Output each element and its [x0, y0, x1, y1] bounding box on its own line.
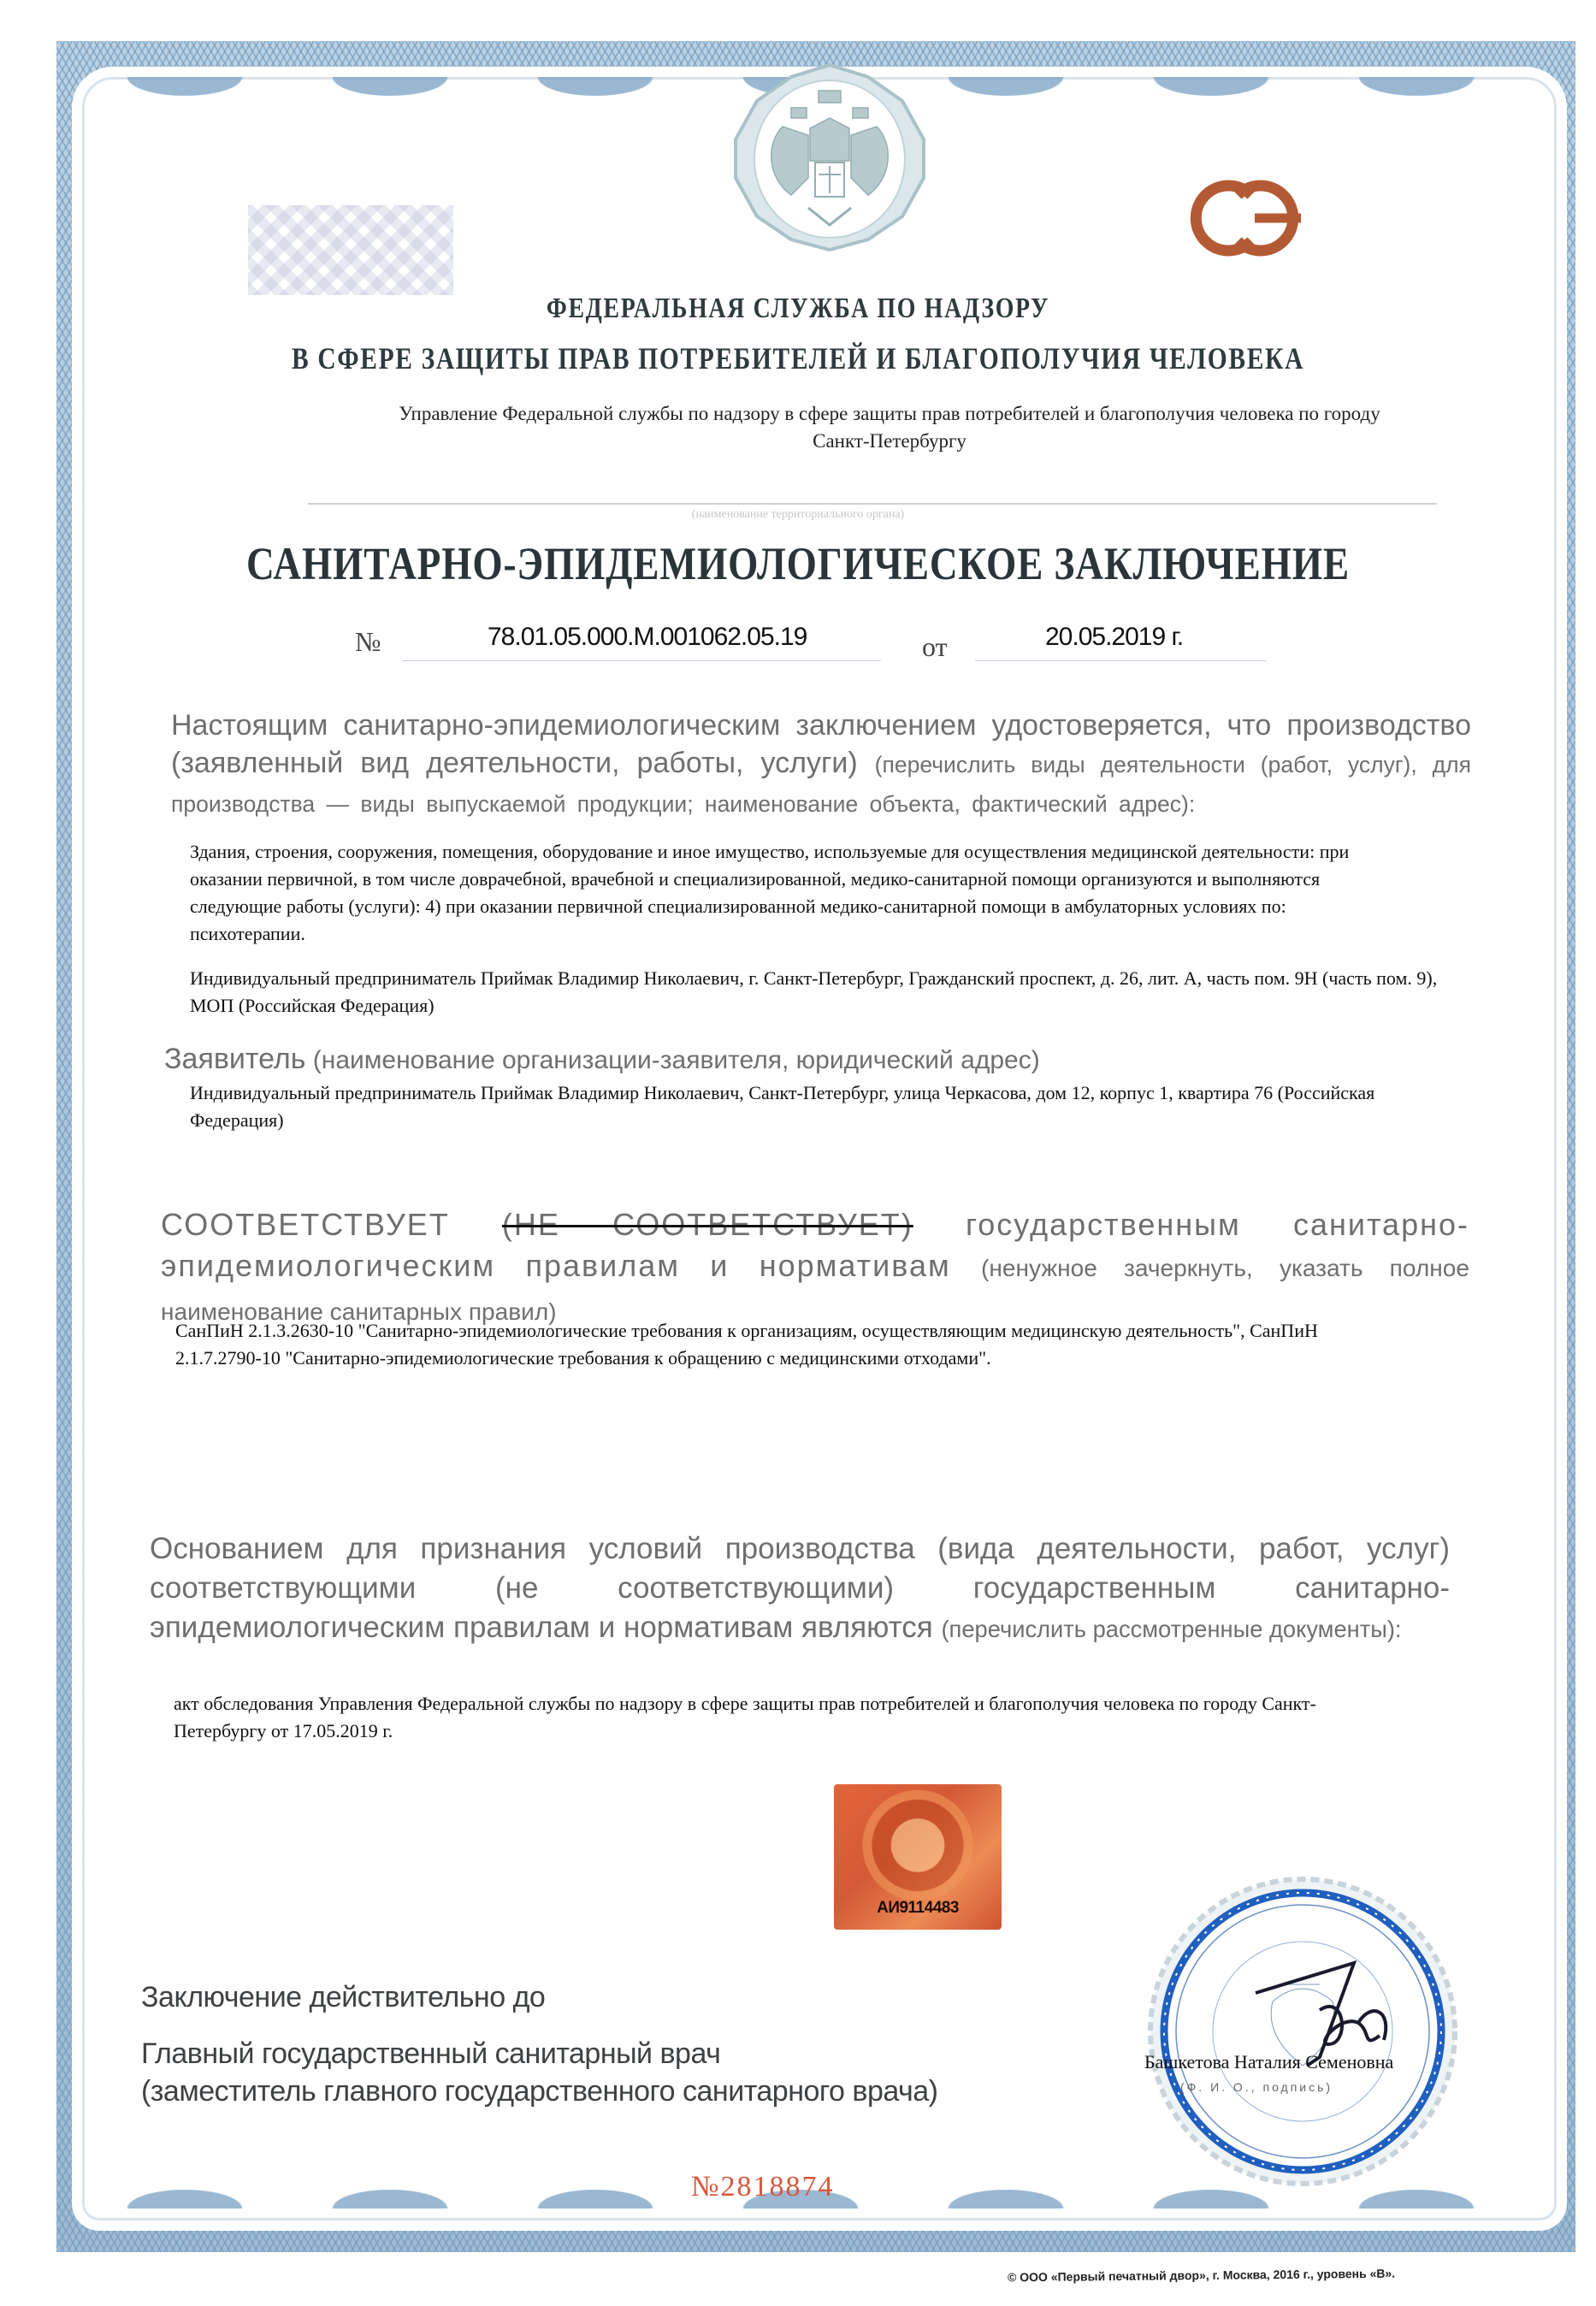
number-underline — [402, 660, 881, 661]
official-round-stamp-icon — [1136, 1873, 1469, 2190]
activity-label: Настоящим санитарно-эпидемиологическим з… — [171, 707, 1471, 823]
deputy-label: (заместитель главного государственного с… — [141, 2075, 938, 2108]
activity-address: Индивидуальный предприниматель Приймак В… — [190, 965, 1456, 1020]
basis-value: акт обследования Управления Федеральной … — [174, 1690, 1388, 1745]
activity-value: Здания, строения, сооружения, помещения,… — [190, 838, 1404, 948]
chief-doctor-label: Главный государственный санитарный врач — [141, 2037, 720, 2071]
territorial-caption: (наименование территориального органа) — [0, 508, 1596, 522]
signer-caption: (Ф. И. О., подпись) — [1180, 2080, 1333, 2094]
form-serial-number: №2818874 — [691, 2171, 834, 2203]
security-pattern — [248, 205, 453, 295]
basis-label: Основанием для признания условий произво… — [150, 1529, 1450, 1649]
russian-coat-of-arms-icon — [723, 58, 937, 255]
document-date: 20.05.2019 г. — [1045, 623, 1183, 652]
basis-hint: (перечислить рассмотренные документы): — [941, 1616, 1401, 1642]
number-label: № — [355, 626, 381, 658]
territorial-body: Управление Федеральной службы по надзору… — [376, 400, 1403, 455]
applicant-hint: (наименование организации-заявителя, юри… — [313, 1046, 1040, 1074]
org-name-line-1: ФЕДЕРАЛЬНАЯ СЛУЖБА ПО НАДЗОРУ — [144, 293, 1452, 325]
hologram-seal-icon: АИ9114483 — [834, 1784, 1002, 1930]
not-complies-struck: (НЕ СООТВЕТСТВУЕТ) — [502, 1207, 913, 1242]
document-title: САНИТАРНО-ЭПИДЕМИОЛОГИЧЕСКОЕ ЗАКЛЮЧЕНИЕ — [127, 537, 1468, 590]
printer-note: © ООО «Первый печатный двор», г. Москва,… — [1008, 2267, 1395, 2285]
valid-until-label: Заключение действительно до — [141, 1981, 545, 2014]
date-label: от — [922, 631, 948, 663]
document-number-row: № 78.01.05.000.М.001062.05.19 от 20.05.2… — [0, 623, 1596, 665]
signer-name: Башкетова Наталия Семеновна — [1144, 2051, 1393, 2073]
divider — [308, 503, 1437, 505]
se-certificate-logo-icon — [1176, 171, 1313, 265]
complies-text: СООТВЕТСТВУЕТ — [161, 1207, 450, 1242]
applicant-label-text: Заявитель — [164, 1043, 305, 1075]
compliance-label: СООТВЕТСТВУЕТ (НЕ СООТВЕТСТВУЕТ) государ… — [161, 1204, 1469, 1333]
applicant-value: Индивидуальный предприниматель Приймак В… — [190, 1079, 1439, 1134]
applicant-label: Заявитель (наименование организации-заяв… — [164, 1042, 1362, 1078]
date-underline — [975, 660, 1266, 661]
hologram-code: АИ9114483 — [834, 1899, 1002, 1918]
org-name-line-2: В СФЕРЕ ЗАЩИТЫ ПРАВ ПОТРЕБИТЕЛЕЙ И БЛАГО… — [144, 340, 1452, 376]
compliance-value: СанПиН 2.1.3.2630-10 "Санитарно-эпидемио… — [175, 1317, 1390, 1372]
document-number: 78.01.05.000.М.001062.05.19 — [488, 623, 807, 652]
